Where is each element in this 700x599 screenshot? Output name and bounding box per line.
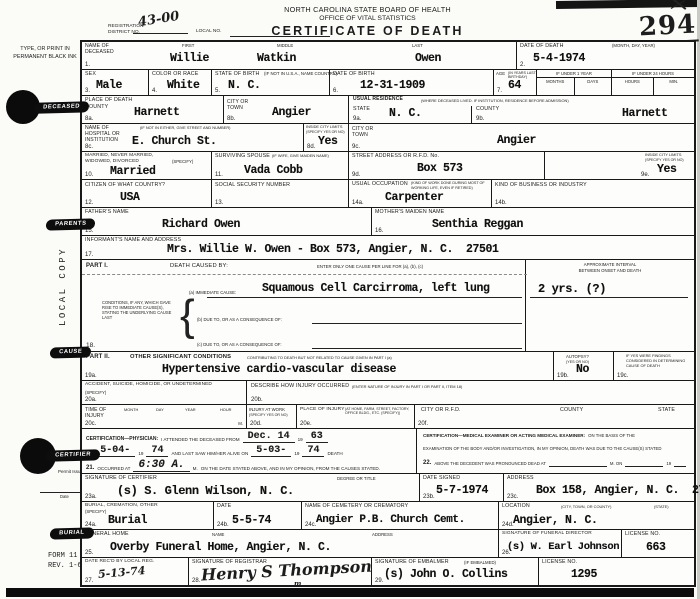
father-value: Richard Owen (162, 218, 240, 231)
registrar-signature-mark: m (294, 579, 301, 588)
burial-location-label: LOCATION (502, 503, 530, 509)
funeral-director-value: (s) W. Earl Johnson (507, 541, 619, 553)
cell-age: AGE (IN YEARS LAST BIRTHDAY) 64 7. (494, 70, 537, 95)
date-of-birth-number: 6. (333, 88, 338, 94)
row-burial: BURIAL, CREMATION, OTHER (SPECIFY) Buria… (82, 502, 694, 530)
how-injury-number: 20b. (251, 397, 263, 403)
certificate-form: NAME OF DECEASED FIRST MIDDLE LAST Willi… (80, 40, 696, 587)
embalmer-license-value: 1295 (571, 568, 597, 581)
cell-burial-type: BURIAL, CREMATION, OTHER (SPECIFY) Buria… (82, 502, 214, 529)
informant-number: 17. (85, 252, 93, 258)
row-accident: ACCIDENT, SUICIDE, HOMICIDE, OR UNDETERM… (82, 381, 694, 405)
hours-label: HOURS (612, 78, 653, 95)
pronounced-date-blank (625, 461, 663, 467)
first-label: FIRST (182, 43, 194, 48)
date-of-birth-label: DATE OF BIRTH (333, 71, 375, 77)
print-instruction: TYPE, OR PRINT IN PERMANENT BLACK INK (12, 45, 78, 61)
burial-type-value: Burial (108, 514, 147, 527)
burial-date-label: DATE (217, 503, 231, 509)
row-certification: CERTIFICATION—PHYSICIAN: I ATTENDED THE … (82, 429, 694, 474)
residence-county-value: Harnett (622, 107, 668, 120)
residence-state-value: N. C. (389, 107, 422, 120)
cell-date-of-birth: DATE OF BIRTH 12-31-1909 6. (330, 70, 494, 95)
cell-inside-city-limits-2: INSIDE CITY LIMITS (SPECIFY YES OR NO) Y… (545, 152, 694, 179)
month-label: MONTH (124, 407, 138, 412)
registration-district-number: 43-00 (137, 9, 180, 30)
race-label: COLOR OR RACE (152, 71, 198, 77)
date-of-death-value: 5-4-1974 (533, 52, 585, 65)
physician-label: CERTIFICATION—PHYSICIAN: (86, 436, 158, 443)
degree-title-label: DEGREE OR TITLE (337, 476, 376, 481)
embalmer-value: (s) John O. Collins (384, 568, 508, 581)
cell-occupation: USUAL OCCUPATION (KIND OF WORK DONE DURI… (349, 180, 492, 207)
cell-autopsy: AUTOPSY? (YES OR NO) No 19b. (554, 352, 614, 380)
spouse-sub: (IF WIFE, GIVE MAIDEN NAME) (272, 153, 329, 158)
last-name-value: Owen (415, 52, 441, 65)
name-label: NAME OF DECEASED (85, 43, 129, 55)
burial-type-sub: (SPECIFY) (85, 509, 106, 514)
death-county-value: Harnett (134, 106, 180, 119)
tab-burial: BURIAL (50, 527, 94, 539)
opinion-label: ON THE DATE STATED ABOVE, AND IN MY OPIN… (201, 466, 380, 472)
registration-number-rule (133, 33, 188, 34)
certifier-address-label: ADDRESS (507, 475, 534, 481)
attended-to-date: 5-04- (95, 446, 135, 457)
date-received-number: 27. (85, 578, 93, 584)
funeral-director-number: 26. (502, 550, 510, 556)
hour-label: HOUR (220, 407, 231, 412)
cell-place-of-injury: PLACE OF INJURY (AT HOME, FARM, STREET, … (297, 405, 415, 428)
cell-if-under-24-hours: IF UNDER 24 HOURS HOURS MIN. (612, 70, 694, 95)
cell-date-of-death: DATE OF DEATH (MONTH, DAY, YEAR) 5-4-197… (517, 42, 694, 69)
embalmer-label: SIGNATURE OF EMBALMER (375, 559, 449, 565)
middle-label: MIDDLE (277, 43, 293, 48)
embalmer-sub: (IF EMBALMED) (464, 560, 496, 565)
funeral-director-label: SIGNATURE OF FUNERAL DIRECTOR (502, 531, 592, 537)
cell-birth-state: STATE OF BIRTH (IF NOT IN U.S.A., NAME C… (212, 70, 330, 95)
cell-date-signed: DATE SIGNED 5-7-1974 23b. (420, 474, 504, 501)
mother-number: 16. (375, 228, 383, 234)
occupation-value: Carpenter (385, 191, 444, 204)
other-conditions-value: Hypertensive cardio-vascular disease (162, 363, 396, 376)
cell-marital: MARRIED, NEVER MARRIED, WIDOWED, DIVORCE… (82, 152, 212, 179)
place-of-death-label: PLACE OF DEATH (85, 97, 132, 103)
attended-from-date: Dec. 14 (243, 432, 295, 443)
time-m-label: M. (238, 421, 243, 426)
cell-usual-residence: USUAL RESIDENCE (WHERE DECEASED LIVED. I… (349, 96, 694, 123)
hospital-number: 8c. (85, 144, 93, 150)
under-24-hours-label: IF UNDER 24 HOURS (612, 70, 694, 78)
hospital-value: E. Church St. (132, 135, 217, 148)
examiner-line-3: 22. ABOVE THE DECEDENT WAS PRONOUNCED DE… (423, 460, 686, 467)
death-city-label: CITY OR TOWN (227, 99, 251, 111)
other-conditions-sub: CONTRIBUTING TO DEATH BUT NOT RELATED TO… (247, 355, 392, 360)
usual-residence-columns: STATE N. C. 9a. COUNTY Harnett 9b. (349, 106, 694, 123)
certifier-signature-number: 23a. (85, 494, 97, 500)
injury-at-work-number: 20d. (250, 421, 262, 427)
cell-injury-location: CITY OR R.F.D. COUNTY STATE 20f. (415, 405, 694, 428)
cell-death-city: CITY OR TOWN Angier 8b. (224, 96, 349, 123)
age-number: 7. (497, 88, 502, 94)
interval-rule (530, 297, 688, 298)
pronounced-year-blank (674, 461, 686, 467)
ssn-number: 13. (215, 200, 223, 206)
physician-line-2: TO 5-04- 19 74 AND LAST SAW HIM/HER ALIV… (86, 446, 343, 457)
row-part1-cause: PART I. DEATH CAUSED BY: ENTER ONLY ONE … (82, 260, 694, 352)
occupation-sub: (KIND OF WORK DONE DURING MOST OF WORKIN… (411, 181, 489, 190)
cell-sex: SEX Male 3. (82, 70, 149, 95)
year-19-a: 19 (298, 437, 303, 443)
tab-deceased: DECEASED (34, 101, 90, 113)
under-24-hours-grid: IF UNDER 24 HOURS HOURS MIN. (612, 70, 694, 95)
how-injury-label: DESCRIBE HOW INJURY OCCURRED (251, 383, 349, 389)
registrar-number: 28. (192, 578, 200, 584)
father-label: FATHER'S NAME (85, 209, 129, 215)
date-signed-value: 5-7-1974 (436, 484, 488, 497)
embalmer-license-label: LICENSE NO. (542, 559, 577, 565)
cell-funeral-director: SIGNATURE OF FUNERAL DIRECTOR (s) W. Ear… (499, 530, 622, 557)
row-marital: MARRIED, NEVER MARRIED, WIDOWED, DIVORCE… (82, 152, 694, 180)
time-of-injury-number: 20c. (85, 421, 96, 427)
cell-mother: MOTHER'S MAIDEN NAME Senthia Reggan 16. (372, 208, 694, 235)
cell-certification-examiner: CERTIFICATION—MEDICAL EXAMINER OR ACTING… (417, 429, 694, 473)
autopsy-label: AUTOPSY? (566, 354, 589, 359)
occupation-label: USUAL OCCUPATION (352, 181, 408, 187)
cell-injury-at-work: INJURY AT WORK (SPECIFY YES OR NO) 20d. (247, 405, 297, 428)
date-signed-label: DATE SIGNED (423, 475, 460, 481)
inside-city-limits-number: 8d. (307, 144, 315, 150)
burial-location-state: (STATE) (654, 504, 669, 509)
director-license-value: 663 (646, 541, 666, 554)
residence-county-number: 9b. (476, 116, 484, 122)
cell-other-conditions: PART II. OTHER SIGNIFICANT CONDITIONS CO… (82, 352, 554, 380)
row-place-of-death: PLACE OF DEATH COUNTY Harnett 8a. CITY O… (82, 96, 694, 124)
cell-industry: KIND OF BUSINESS OR INDUSTRY 14b. (492, 180, 694, 207)
first-name-value: Willie (170, 52, 209, 65)
manner-label: ACCIDENT, SUICIDE, HOMICIDE, OR UNDETERM… (85, 382, 240, 388)
office-title: OFFICE OF VITAL STATISTICS (255, 15, 480, 22)
physician-line-3: 21. OCCURRED AT 6:30 A. M. ON THE DATE S… (86, 460, 380, 472)
cell-residence-state: STATE N. C. 9a. (349, 106, 472, 123)
margin-date-label: Date (60, 494, 69, 499)
citizen-label: CITIZEN OF WHAT COUNTRY? (85, 182, 165, 188)
age-label: AGE (496, 71, 505, 76)
residence-state-number: 9a. (353, 116, 361, 122)
place-of-injury-label: PLACE OF INJURY (300, 407, 345, 413)
under-1-year-grid: IF UNDER 1 YEAR MONTHS DAYS (537, 70, 611, 95)
usual-residence-header: USUAL RESIDENCE (WHERE DECEASED LIVED. I… (349, 96, 694, 106)
header-titles: NORTH CAROLINA STATE BOARD OF HEALTH OFF… (255, 5, 480, 38)
tab-certifier: CERTIFIER (46, 449, 101, 461)
last-saw-label: AND LAST SAW HIM/HER ALIVE ON (171, 451, 248, 457)
street-address-number: 9d. (352, 172, 360, 178)
residence-city-label: CITY OR TOWN (352, 126, 376, 138)
tab-parents: PARENTS (46, 218, 96, 230)
death-word: DEATH (327, 451, 342, 457)
other-conditions-number: 19a. (85, 373, 97, 379)
last-label: LAST (412, 43, 423, 48)
certifier-signature-label: SIGNATURE OF CERTIFIER (85, 475, 157, 481)
death-certificate-scan: REGISTRATION DISTRICT NO. 43-00 LOCAL NO… (0, 0, 700, 599)
cell-ssn: SOCIAL SECURITY NUMBER 13. (212, 180, 349, 207)
row-registrar: DATE REC'D BY LOCAL REG. 5-13-74 27. SIG… (82, 558, 694, 585)
day-label: DAY (156, 407, 164, 412)
ssn-label: SOCIAL SECURITY NUMBER (215, 182, 290, 188)
certifier-address-value: Box 158, Angier, N. C. 27501 (536, 484, 700, 497)
cemetery-label: NAME OF CEMETERY OR CREMATORY (305, 503, 408, 509)
year-19-c: 19 (294, 451, 299, 457)
part1-header-rule (82, 274, 527, 275)
one-cause-note: ENTER ONLY ONE CAUSE PER LINE FOR (a), (… (317, 264, 423, 269)
cell-date-received: DATE REC'D BY LOCAL REG. 5-13-74 27. (82, 558, 189, 585)
cell-if-under-1-year: IF UNDER 1 YEAR MONTHS DAYS (537, 70, 612, 95)
burial-location-value: Angier, N. C. (513, 514, 598, 527)
burial-location-sub: (CITY, TOWN, OR COUNTY) (561, 504, 611, 509)
row-injury-detail: TIME OF INJURY MONTH DAY YEAR HOUR M. 20… (82, 405, 694, 429)
name-number: 1. (85, 62, 90, 68)
usual-residence-label: USUAL RESIDENCE (353, 97, 403, 103)
residence-state-label: STATE (353, 106, 370, 112)
race-value: White (167, 79, 200, 92)
certificate-title: CERTIFICATE OF DEATH (255, 24, 480, 38)
funeral-home-number: 25. (85, 550, 93, 556)
mother-label: MOTHER'S MAIDEN NAME (375, 209, 444, 215)
physician-line-1: CERTIFICATION—PHYSICIAN: I ATTENDED THE … (86, 432, 328, 443)
manner-number: 20a. (85, 397, 97, 403)
inside-city-limits-value: Yes (318, 135, 338, 148)
other-conditions-label: OTHER SIGNIFICANT CONDITIONS (130, 354, 231, 361)
attended-to-year: 74 (146, 446, 168, 457)
cell-spouse: SURVIVING SPOUSE (IF WIFE, GIVE MAIDEN N… (212, 152, 349, 179)
cell-time-of-injury: TIME OF INJURY MONTH DAY YEAR HOUR M. 20… (82, 405, 247, 428)
sex-value: Male (96, 79, 122, 92)
cell-certifier-address: ADDRESS Box 158, Angier, N. C. 27501 23c… (504, 474, 694, 501)
marital-value: Married (110, 165, 156, 178)
funeral-home-address-label: ADDRESS (372, 532, 393, 537)
cell-name: NAME OF DECEASED FIRST MIDDLE LAST Willi… (82, 42, 517, 69)
examiner-line-1: CERTIFICATION—MEDICAL EXAMINER OR ACTING… (423, 433, 635, 439)
funeral-home-name-label: NAME (212, 532, 224, 537)
cell-street-address: STREET ADDRESS OR R.F.D. No. Box 573 9d. (349, 152, 545, 179)
industry-label: KIND OF BUSINESS OR INDUSTRY (495, 182, 587, 188)
cell-certifier-signature: SIGNATURE OF CERTIFIER DEGREE OR TITLE (… (82, 474, 420, 501)
under-24-hours-columns: HOURS MIN. (612, 78, 694, 95)
days-label: DAYS (574, 78, 612, 95)
usual-residence-stack: USUAL RESIDENCE (WHERE DECEASED LIVED. I… (349, 96, 694, 123)
cell-hospital: NAME OF HOSPITAL OR INSTITUTION (IF NOT … (82, 124, 304, 151)
local-copy-watermark: LOCAL COPY (58, 247, 68, 326)
cell-death-county: PLACE OF DEATH COUNTY Harnett 8a. (82, 96, 224, 123)
date-of-death-label: DATE OF DEATH (520, 43, 564, 49)
how-injury-sub: (ENTER NATURE OF INJURY IN PART I OR PAR… (352, 384, 462, 389)
year-19-b: 19 (138, 451, 143, 457)
cell-funeral-home: FUNERAL HOME NAME ADDRESS Overby Funeral… (82, 530, 499, 557)
director-license-label: LICENSE NO. (625, 531, 660, 537)
death-time-value: 6:30 A. (133, 460, 189, 472)
under-1-year-columns: MONTHS DAYS (537, 78, 611, 95)
date-signed-number: 23b. (423, 494, 435, 500)
immediate-cause-label: (a) IMMEDIATE CAUSE: (189, 290, 236, 295)
examiner-19-label: 19 (666, 461, 671, 467)
cell-citizen: CITIZEN OF WHAT COUNTRY? USA 12. (82, 180, 212, 207)
spouse-value: Vada Cobb (244, 164, 303, 177)
marital-number: 10. (85, 172, 93, 178)
place-of-injury-sub: (AT HOME, FARM, STREET, FACTORY, OFFICE … (345, 407, 411, 416)
examiner-label: CERTIFICATION—MEDICAL EXAMINER OR ACTING… (423, 433, 585, 439)
funeral-home-value: Overby Funeral Home, Angier, N. C. (110, 541, 331, 554)
tab-cause: CAUSE (50, 346, 92, 358)
date-of-death-number: 2. (520, 62, 525, 68)
cell-embalmer-signature: SIGNATURE OF EMBALMER (IF EMBALMED) (s) … (372, 558, 539, 585)
row-hospital: NAME OF HOSPITAL OR INSTITUTION (IF NOT … (82, 124, 694, 152)
death-city-number: 8b. (227, 116, 235, 122)
cemetery-number: 24c. (305, 522, 316, 528)
burial-location-number: 24d. (502, 522, 514, 528)
autopsy-number: 19b. (557, 373, 569, 379)
cell-findings: IF YES WERE FINDINGS CONSIDERED IN DETER… (614, 352, 694, 380)
hospital-label: NAME OF HOSPITAL OR INSTITUTION (85, 125, 133, 143)
marital-label: MARRIED, NEVER MARRIED, WIDOWED, DIVORCE… (85, 153, 170, 165)
informant-value: Mrs. Willie W. Owen - Box 573, Angier, N… (167, 243, 499, 256)
birth-state-sub: (IF NOT IN U.S.A., NAME COUNTRY) (264, 71, 337, 76)
attended-from-year: 63 (306, 432, 328, 443)
burial-date-number: 24b. (217, 522, 229, 528)
cell-certification-physician: CERTIFICATION—PHYSICIAN: I ATTENDED THE … (82, 429, 417, 473)
examiner-text-3: ABOVE THE DECEDENT WAS PRONOUNCED DEAD A… (434, 461, 546, 467)
cell-residence-county: COUNTY Harnett 9b. (472, 106, 694, 123)
marital-sub: (SPECIFY) (172, 159, 193, 164)
spouse-label: SURVIVING SPOUSE (215, 153, 270, 159)
occupation-number: 14a. (352, 200, 364, 206)
inside-city-limits-2-value: Yes (657, 163, 677, 176)
birth-state-number: 5. (215, 88, 220, 94)
manner-sub: (SPECIFY) (85, 390, 106, 395)
months-label: MONTHS (537, 78, 574, 95)
last-saw-date: 5-03- (251, 446, 291, 457)
immediate-cause-value: Squamous Cell Carcirroma, left lung (262, 282, 490, 295)
occurred-label: OCCURRED AT (97, 466, 130, 472)
inside-city-limits-2-sub: (SPECIFY YES OR NO) (645, 158, 695, 162)
place-of-injury-number: 20e. (300, 421, 312, 427)
due-to-c-rule (312, 348, 522, 349)
due-to-b-label: (b) DUE TO, OR AS A CONSEQUENCE OF: (197, 317, 282, 322)
injury-location-number: 20f. (418, 421, 428, 427)
cell-cemetery: NAME OF CEMETERY OR CREMATORY Angier P.B… (302, 502, 499, 529)
cell-cause-main: PART I. DEATH CAUSED BY: ENTER ONLY ONE … (82, 260, 526, 351)
immediate-cause-rule (207, 297, 522, 298)
board-title: NORTH CAROLINA STATE BOARD OF HEALTH (255, 5, 480, 14)
conditions-note: CONDITIONS, IF ANY, WHICH GAVE RISE TO I… (102, 300, 174, 320)
street-address-value: Box 573 (417, 162, 463, 175)
date-of-death-sub: (MONTH, DAY, YEAR) (612, 43, 655, 48)
burial-date-value: 5-5-74 (232, 514, 271, 527)
birth-state-label: STATE OF BIRTH (215, 71, 259, 77)
street-address-label: STREET ADDRESS OR R.F.D. No. (352, 153, 439, 159)
residence-county-label: COUNTY (476, 106, 499, 112)
conditions-brace: { (180, 294, 195, 338)
pronounced-time-blank (549, 461, 607, 467)
cell-interval: APPROXIMATE INTERVAL BETWEEN ONSET AND D… (526, 260, 694, 351)
year-label: YEAR (185, 407, 196, 412)
examiner-text-2: EXAMINATION OF THE BODY AND/OR INVESTIGA… (423, 446, 661, 452)
inside-city-limits-sub: (SPECIFY YES OR NO) (306, 130, 346, 134)
cell-burial-date: DATE 5-5-74 24b. (214, 502, 302, 529)
embalmer-number: 29. (375, 578, 383, 584)
date-received-value: 5-13-74 (98, 564, 146, 581)
date-of-birth-value: 12-31-1909 (360, 79, 425, 92)
injury-at-work-label: INJURY AT WORK (249, 407, 294, 412)
cell-residence-city: CITY OR TOWN Angier 9c. (349, 124, 694, 151)
row-vitals: SEX Male 3. COLOR OR RACE White 4. STATE… (82, 70, 694, 96)
interval-label-2: BETWEEN ONSET AND DEATH (526, 268, 694, 273)
cell-burial-location: LOCATION (CITY, TOWN, OR COUNTY) (STATE)… (499, 502, 694, 529)
examiner-line-2: EXAMINATION OF THE BODY AND/OR INVESTIGA… (423, 446, 661, 452)
death-county-number: 8a. (85, 116, 93, 122)
certifier-address-number: 23c. (507, 494, 518, 500)
certifier-signature-value: (s) S. Glenn Wilson, N. C. (117, 484, 294, 498)
interval-value: 2 yrs. (?) (538, 282, 606, 296)
cell-how-injury: DESCRIBE HOW INJURY OCCURRED (ENTER NATU… (247, 381, 694, 404)
sex-label: SEX (85, 71, 96, 77)
occurred-m-label: M. (193, 466, 198, 472)
row-funeral-home: FUNERAL HOME NAME ADDRESS Overby Funeral… (82, 530, 694, 558)
row-name: NAME OF DECEASED FIRST MIDDLE LAST Willi… (82, 42, 694, 70)
burial-type-label: BURIAL, CREMATION, OTHER (85, 503, 158, 509)
residence-city-number: 9c. (352, 144, 360, 150)
row-certifier-signature: SIGNATURE OF CERTIFIER DEGREE OR TITLE (… (82, 474, 694, 502)
row-informant: INFORMANT'S NAME AND ADDRESS Mrs. Willie… (82, 236, 694, 260)
injury-at-work-sub: (SPECIFY YES OR NO) (249, 413, 294, 417)
birth-state-value: N. C. (228, 79, 261, 92)
cell-informant: INFORMANT'S NAME AND ADDRESS Mrs. Willie… (82, 236, 694, 259)
part1-label: PART I. (86, 263, 108, 270)
cell-manner: ACCIDENT, SUICIDE, HOMICIDE, OR UNDETERM… (82, 381, 247, 404)
last-saw-year: 74 (302, 446, 324, 457)
sex-number: 3. (85, 88, 90, 94)
cell-registrar-signature: SIGNATURE OF REGISTRAR Henry S Thompson … (189, 558, 372, 585)
examiner-number: 22. (423, 460, 431, 467)
due-to-c-label: (c) DUE TO, OR AS A CONSEQUENCE OF: (197, 342, 282, 347)
due-to-b-rule (312, 323, 522, 324)
industry-number: 14b. (495, 200, 507, 206)
race-number: 4. (152, 88, 157, 94)
cell-race: COLOR OR RACE White 4. (149, 70, 212, 95)
cemetery-value: Angier P.B. Church Cemt. (316, 514, 465, 526)
cell-director-license: LICENSE NO. 663 (622, 530, 694, 557)
autopsy-value: No (576, 363, 589, 376)
examiner-text-1: ON THE BASIS OF THE (588, 433, 635, 439)
findings-number: 19c. (617, 373, 628, 379)
bottom-scan-bar (6, 588, 694, 597)
residence-city-value: Angier (497, 134, 536, 147)
cell-embalmer-license: LICENSE NO. 1295 (539, 558, 694, 585)
cell-father: FATHER'S NAME Richard Owen 15. (82, 208, 372, 235)
mother-value: Senthia Reggan (432, 218, 523, 231)
local-no-label: LOCAL NO. (196, 29, 221, 34)
middle-name-value: Watkin (257, 52, 296, 65)
injury-state-label: STATE (658, 407, 675, 413)
under-1-year-label: IF UNDER 1 YEAR (537, 70, 611, 78)
time-of-injury-label: TIME OF INJURY (85, 407, 113, 419)
interval-label-1: APPROXIMATE INTERVAL (526, 262, 694, 267)
min-label: MIN. (653, 78, 695, 95)
age-value: 64 (508, 79, 521, 92)
row-part2: PART II. OTHER SIGNIFICANT CONDITIONS CO… (82, 352, 694, 381)
cell-inside-city-limits: INSIDE CITY LIMITS (SPECIFY YES OR NO) Y… (304, 124, 349, 151)
findings-label: IF YES WERE FINDINGS CONSIDERED IN DETER… (626, 354, 696, 369)
citizen-value: USA (120, 191, 140, 204)
inside-city-limits-2-number: 9e. (641, 172, 649, 178)
